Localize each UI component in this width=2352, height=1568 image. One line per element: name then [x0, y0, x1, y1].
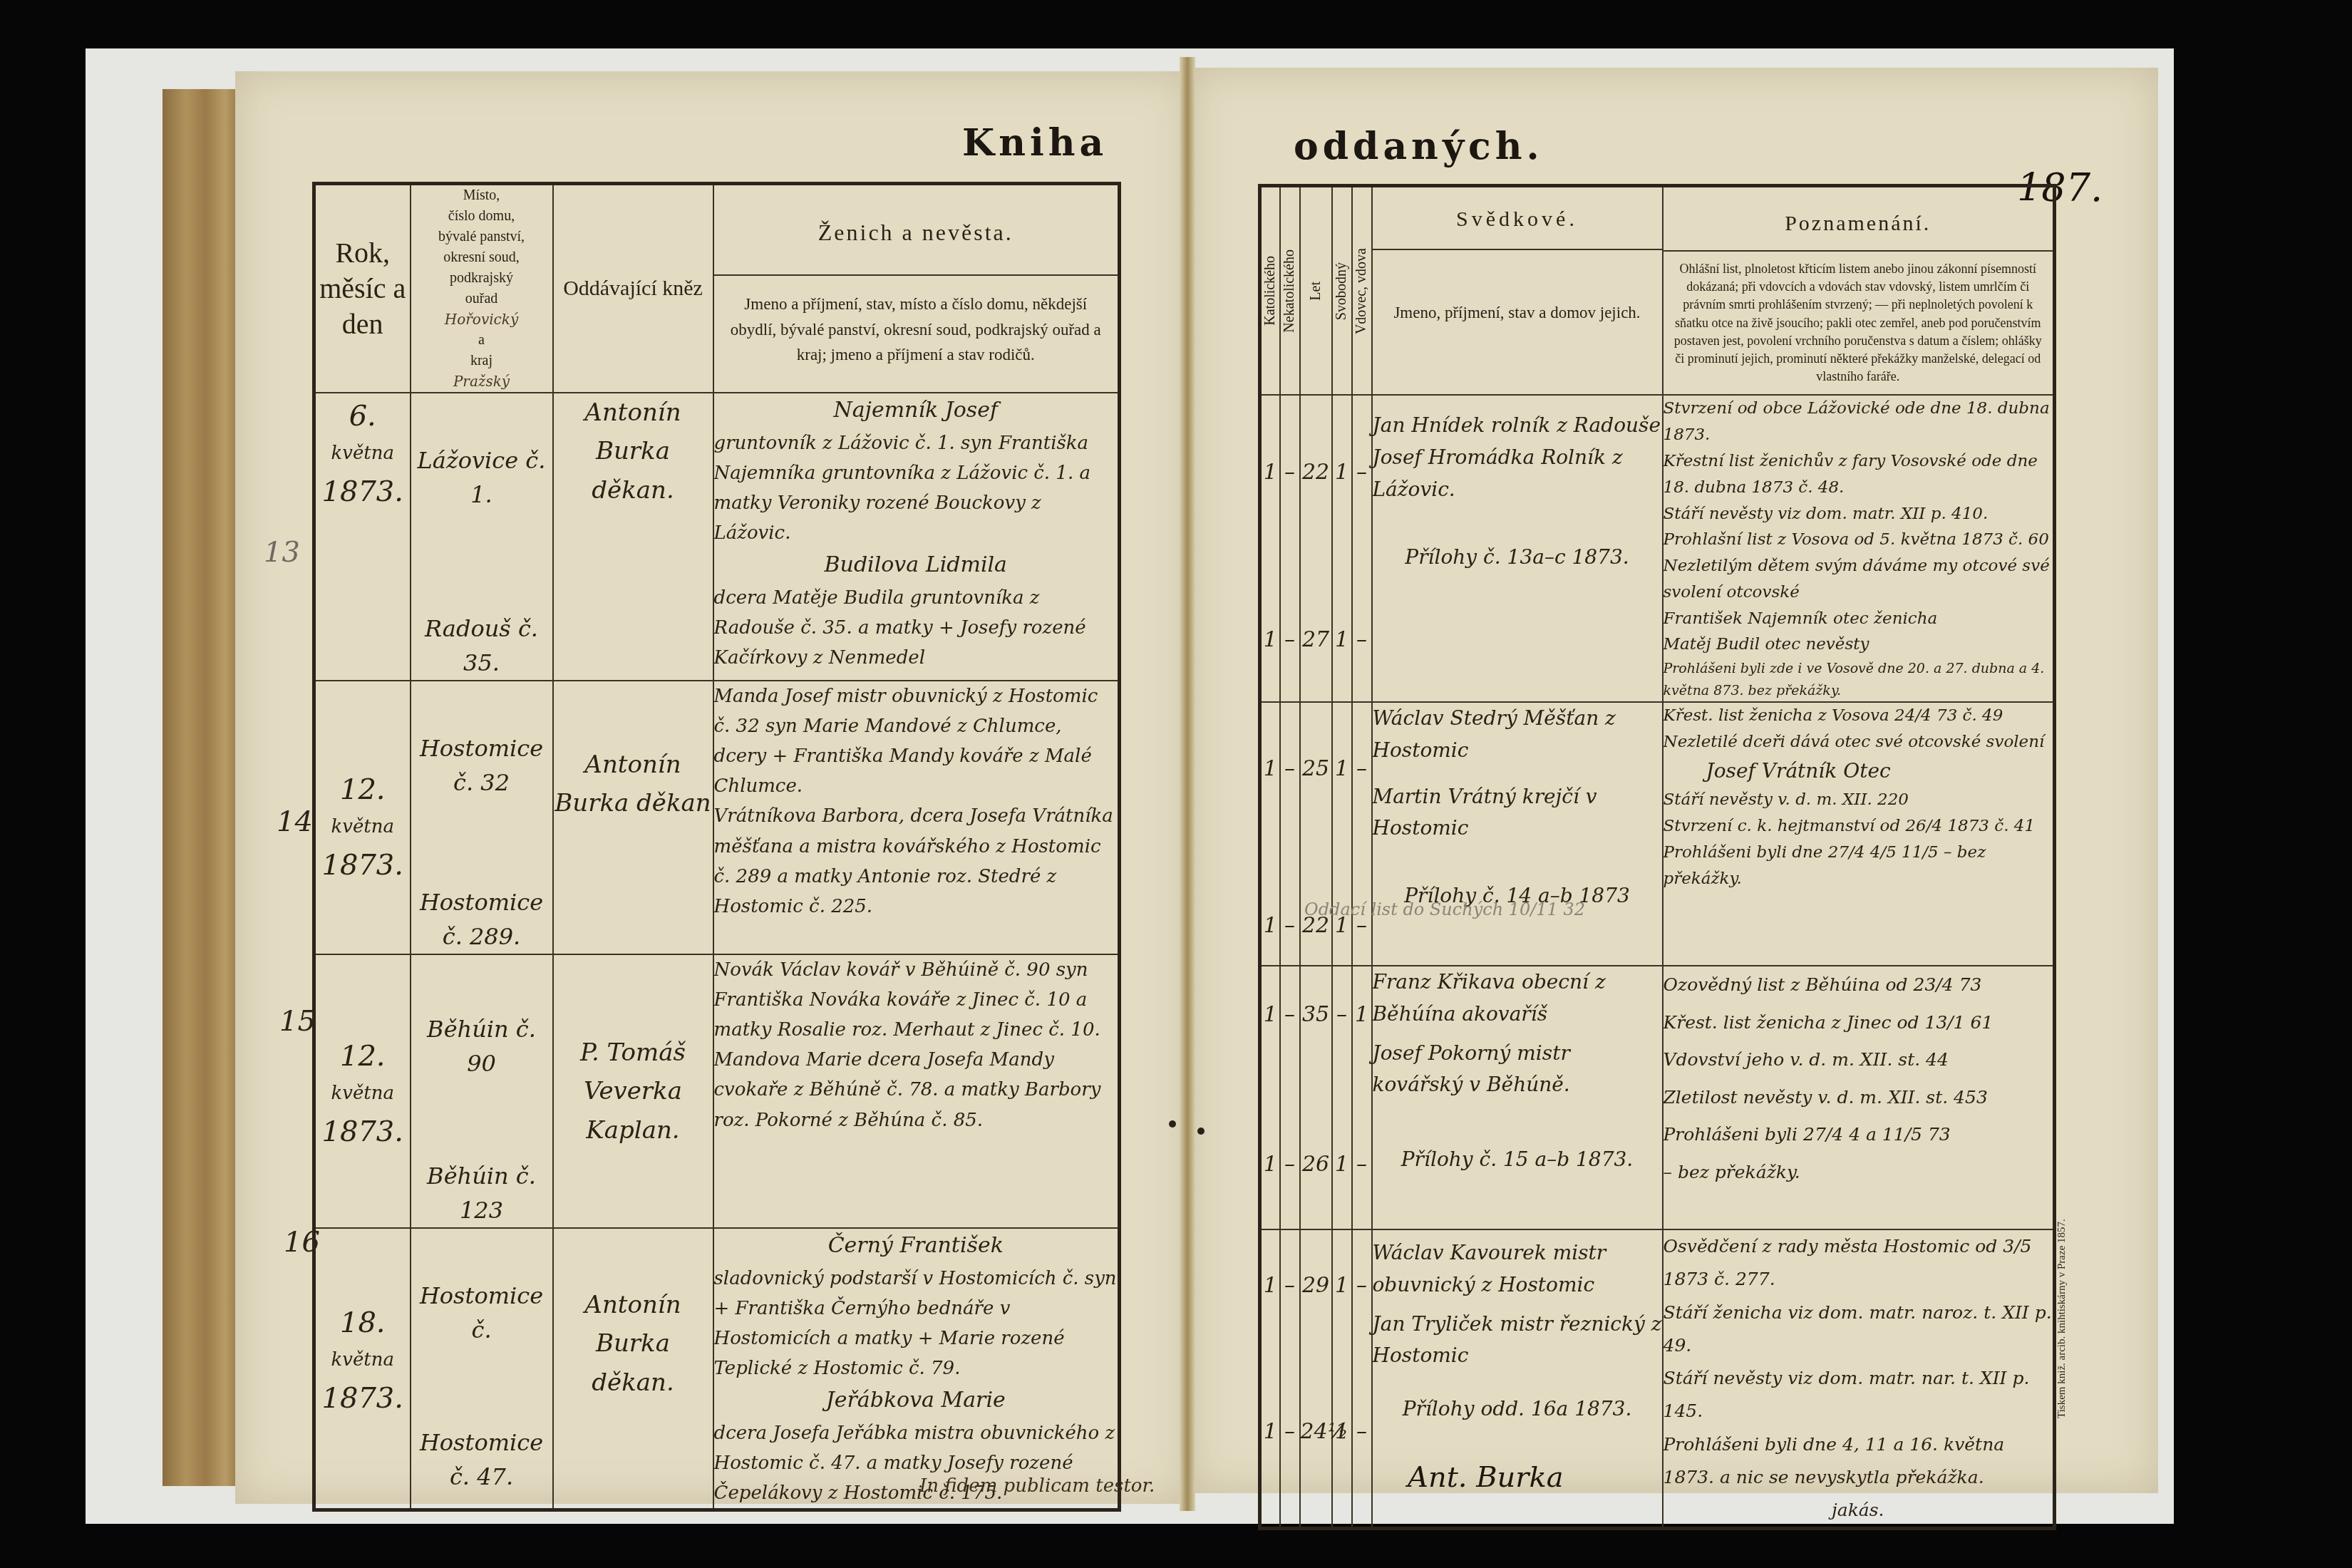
book-page-edges: [163, 89, 241, 1486]
header-place-line: bývalé panství,: [411, 227, 552, 247]
remarks: Osvědčení z rady města Hostomic od 3/5 1…: [1663, 1229, 2055, 1529]
header-remarks-title: Poznamenání.: [1664, 187, 2053, 252]
witness-1: Jan Hnídek rolník z Radouše: [1373, 396, 1662, 442]
entry-places: Běhúin č. 90 Běhúin č. 123: [411, 954, 553, 1228]
bride-name: Vrátníkova Barbora,: [714, 805, 905, 827]
noncatholic-count: ––: [1280, 966, 1300, 1229]
witness-1: Wáclav Kavourek mistr obuvnický z Hostom…: [1373, 1230, 1662, 1301]
widowed-status: ––: [1352, 1229, 1372, 1529]
header-place-handwritten-region: Pražský: [411, 371, 552, 392]
header-place-line: kraj: [411, 351, 552, 371]
header-priest-label: Oddávající kněz: [563, 277, 703, 300]
noncatholic-count: ––: [1280, 395, 1300, 702]
single-status: 11: [1332, 702, 1352, 966]
widowed-status: 1–: [1352, 966, 1372, 1229]
attachments-ref: Přílohy odd. 16a 1873.: [1373, 1372, 1662, 1425]
couple-details: Černý František sladovnický podstarší v …: [713, 1228, 1120, 1510]
noncatholic-count: ––: [1280, 1229, 1300, 1529]
header-date: Rok, měsíc a den: [314, 184, 411, 393]
remarks: Křest. list ženicha z Vosova 24/4 73 č. …: [1663, 702, 2055, 966]
header-age-label: Let: [1308, 282, 1324, 301]
couple-details: Novák Václav kovář v Běhúině č. 90 syn F…: [713, 954, 1120, 1228]
groom-place: Lážovice č. 1.: [411, 393, 552, 512]
register-entry-row: 11 –– 2522 11 –– Wáclav Stedrý Měšťan z …: [1260, 702, 2055, 966]
header-witnesses-subtitle: Jmeno, příjmení, stav a domov jejich.: [1373, 250, 1662, 326]
header-catholic-label: Katolického: [1262, 256, 1279, 326]
entry-day: 12.: [316, 1033, 410, 1079]
entry-number-margin: 15: [279, 1005, 316, 1038]
printer-imprint: Tiskem kniž. arcib. knihtiskárny v Praze…: [2056, 1176, 2068, 1418]
marriage-register-left-table: Rok, měsíc a den Místo, číslo domu, býva…: [312, 182, 1121, 1512]
witnesses: Jan Hnídek rolník z Radouše Josef Hromád…: [1372, 395, 1663, 702]
register-entry-row: 18. května 1873. Hostomice č. Hostomice …: [314, 1228, 1120, 1510]
register-entry-row: 11 –– 2924½ 11 –– Wáclav Kavourek mistr …: [1260, 1229, 2055, 1529]
groom-name: Najemník Josef: [714, 393, 1118, 428]
book-gutter: [1180, 57, 1195, 1511]
entry-places: Lážovice č. 1. Radouš č. 35.: [411, 393, 553, 681]
couple-details: Manda Josef mistr obuvnický z Hostomic č…: [713, 681, 1120, 954]
header-place-line: a: [411, 330, 552, 351]
age: 2522: [1300, 702, 1332, 966]
entry-date: 18. května 1873.: [314, 1228, 411, 1510]
witness-1: Franz Křikava obecní z Běhúína akovaříš: [1373, 966, 1662, 1031]
header-place: Místo, číslo domu, bývalé panství, okres…: [411, 184, 553, 393]
entry-places: Hostomice č. Hostomice č. 47.: [411, 1228, 553, 1510]
register-entry-row: 12. května 1873. Běhúin č. 90 Běhúin č. …: [314, 954, 1120, 1228]
header-single: Svobodný: [1332, 186, 1352, 396]
noncatholic-count: ––: [1280, 702, 1300, 966]
register-entry-row: 12. května 1873. Hostomice č. 32 Hostomi…: [314, 681, 1120, 954]
header-priest: Oddávající kněz: [553, 184, 713, 393]
entry-month: května: [316, 1079, 410, 1109]
remarks: Stvrzení od obce Lážovické ode dne 18. d…: [1663, 395, 2055, 702]
catholic-count: 11: [1260, 966, 1280, 1229]
bride-place: Hostomice č. 47.: [411, 1347, 552, 1494]
witness-2: Josef Pokorný mistr kovářský v Běhúně.: [1373, 1031, 1662, 1102]
header-place-line: podkrajský: [411, 268, 552, 289]
entry-places: Hostomice č. 32 Hostomice č. 289.: [411, 681, 553, 954]
header-widowed-label: Vdovec, vdova: [1353, 248, 1370, 334]
groom-place: Hostomice č. 32: [411, 681, 552, 800]
entry-number-margin: 13: [264, 536, 300, 569]
entry-date: 12. května 1873.: [314, 681, 411, 954]
groom-place: Hostomice č.: [411, 1229, 552, 1347]
binding-stitch: [1169, 1120, 1176, 1128]
groom-details: sladovnický podstarší v Hostomicích č. s…: [714, 1268, 1117, 1379]
age: 2924½: [1300, 1229, 1332, 1529]
groom-name: Černý František: [714, 1229, 1118, 1264]
binding-stitch: [1197, 1128, 1205, 1135]
entry-month: května: [316, 439, 410, 469]
header-place-line: Místo,: [411, 185, 552, 206]
marriage-register-right-table: Katolického Nekatolického Let Svobodný V…: [1258, 184, 2056, 1530]
header-remarks: Poznamenání. Ohlášní list, plnoletost kř…: [1663, 186, 2055, 396]
header-couple: Ženich a nevěsta. Jmeno a příjmení, stav…: [713, 184, 1120, 393]
header-widowed: Vdovec, vdova: [1352, 186, 1372, 396]
officiating-priest: Antonín Burka děkan.: [553, 393, 713, 681]
witnesses: Franz Křikava obecní z Běhúína akovaříš …: [1372, 966, 1663, 1229]
bride-name: Jeřábkova Marie: [714, 1383, 1118, 1418]
catholic-count: 11: [1260, 702, 1280, 966]
footer-attestation: In fidem publicam testor.: [919, 1475, 1155, 1497]
attachments-ref: Přílohy č. 13a–c 1873.: [1373, 506, 1662, 574]
register-entry-row: 6. května 1873. Lážovice č. 1. Radouš č.…: [314, 393, 1120, 681]
age: 2227: [1300, 395, 1332, 702]
remarks: Ozovědný list z Běhúina od 23/4 73Křest.…: [1663, 966, 2055, 1229]
header-date-label: Rok, měsíc a den: [319, 237, 406, 340]
officiating-priest: P. Tomáš Veverka Kaplan.: [553, 954, 713, 1228]
single-status: –1: [1332, 966, 1352, 1229]
bride-name: Budilova Lidmila: [714, 548, 1118, 583]
bride-place: Hostomice č. 289.: [411, 800, 552, 954]
header-remarks-subtitle: Ohlášní list, plnoletost křticím listem …: [1664, 252, 2053, 394]
header-catholic: Katolického: [1260, 186, 1280, 396]
entry-month: května: [316, 1346, 410, 1376]
single-status: 11: [1332, 395, 1352, 702]
witness-2: Josef Hromádka Rolník z Lážovic.: [1373, 442, 1662, 506]
bride-details: dcera Matěje Budila gruntovníka z Radouš…: [714, 587, 1086, 669]
entry-day: 12.: [316, 767, 410, 813]
entry-year: 1873.: [316, 469, 410, 515]
entry-year: 1873.: [316, 842, 410, 888]
entry-month: května: [316, 813, 410, 842]
register-entry-row: 11 –– 3526 –1 1– Franz Křikava obecní z …: [1260, 966, 2055, 1229]
header-witnesses: Svědkové. Jmeno, příjmení, stav a domov …: [1372, 186, 1663, 396]
header-place-line: číslo domu,: [411, 206, 552, 227]
groom-name: Novák Václav: [714, 959, 841, 981]
groom-name: Manda Josef: [714, 686, 831, 707]
entry-date: 6. května 1873.: [314, 393, 411, 681]
widowed-status: ––: [1352, 702, 1372, 966]
bride-place: Běhúin č. 123: [411, 1080, 552, 1227]
header-place-handwritten-district: Hořovický: [411, 309, 552, 330]
book-title-right: oddaných.: [1294, 125, 1544, 168]
bride-name: Mandova Marie: [714, 1049, 862, 1071]
entry-year: 1873.: [316, 1109, 410, 1155]
witness-2: Jan Tryliček mistr řeznický z Hostomic: [1373, 1301, 1662, 1373]
catholic-count: 11: [1260, 395, 1280, 702]
header-place-line: ouřad: [411, 289, 552, 309]
priest-signature: Ant. Burka: [1408, 1461, 1564, 1494]
catholic-count: 11: [1260, 1229, 1280, 1529]
officiating-priest: Antonín Burka děkan: [553, 681, 713, 954]
header-noncatholic-label: Nekatolického: [1281, 249, 1298, 333]
single-status: 11: [1332, 1229, 1352, 1529]
entry-day: 18.: [316, 1300, 410, 1346]
header-age: Let: [1300, 186, 1332, 396]
header-single-label: Svobodný: [1334, 262, 1350, 320]
witnesses: Wáclav Stedrý Měšťan z Hostomic Martin V…: [1372, 702, 1663, 966]
witness-1: Wáclav Stedrý Měšťan z Hostomic: [1373, 703, 1662, 767]
pencil-annotation: Oddací list do Suchých 10/11 32: [1304, 899, 1585, 919]
witness-2: Martin Vrátný krejčí v Hostomic: [1373, 767, 1662, 845]
age: 3526: [1300, 966, 1332, 1229]
officiating-priest: Antonín Burka děkan.: [553, 1228, 713, 1510]
groom-details: gruntovník z Lážovic č. 1. syn Františka…: [714, 433, 1090, 544]
attachments-ref: Přílohy č. 15 a–b 1873.: [1373, 1101, 1662, 1176]
entry-date: 12. května 1873.: [314, 954, 411, 1228]
register-entry-row: 11 –– 2227 11 –– Jan Hnídek rolník z Rad…: [1260, 395, 2055, 702]
header-noncatholic: Nekatolického: [1280, 186, 1300, 396]
entry-day: 6.: [316, 393, 410, 439]
book-title-left: Kniha: [962, 121, 1108, 165]
header-place-line: okresní soud,: [411, 247, 552, 268]
header-couple-title: Ženich a nevěsta.: [714, 185, 1118, 276]
header-witnesses-title: Svědkové.: [1373, 187, 1662, 250]
groom-place: Běhúin č. 90: [411, 955, 552, 1080]
couple-details: Najemník Josef gruntovník z Lážovic č. 1…: [713, 393, 1120, 681]
entry-year: 1873.: [316, 1376, 410, 1421]
entry-number-margin: 14: [277, 805, 313, 838]
widowed-status: ––: [1352, 395, 1372, 702]
bride-place: Radouš č. 35.: [411, 512, 552, 680]
header-couple-subtitle: Jmeno a příjmení, stav, místo a číslo do…: [714, 276, 1118, 383]
